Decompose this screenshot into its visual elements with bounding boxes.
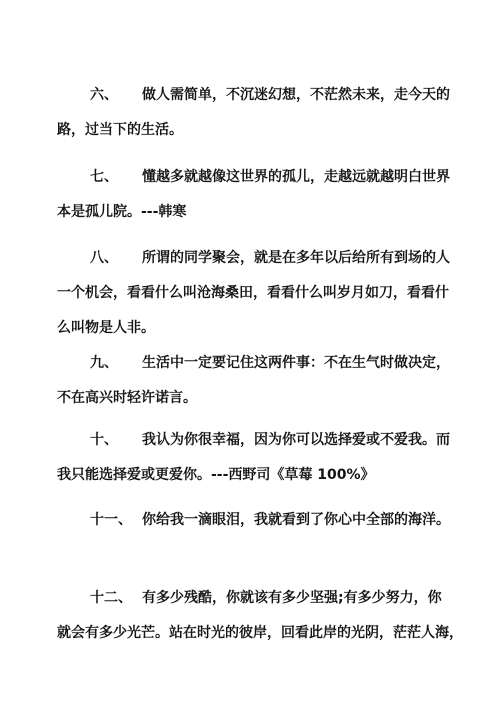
quote-line: 不在高兴时轻许诺言。 (57, 381, 446, 416)
quote-number: 八、 (90, 241, 142, 276)
quote-number: 十一、 (90, 503, 142, 538)
quote-text: 懂越多就越像这世界的孤儿，走越远就越明白世界 (142, 169, 450, 185)
quote-line: 我只能选择爱或更爱你。---西野司《草莓 100%》 (57, 458, 446, 493)
quote-number: 九、 (90, 346, 142, 381)
quote-line: 十二、有多少残酷，你就该有多少坚强;有多少努力，你 (57, 581, 446, 616)
quote-text: 做人需简单，不沉迷幻想，不茫然未来，走今天的 (142, 87, 450, 103)
quote-number: 六、 (90, 78, 142, 113)
quote-line: 九、生活中一定要记住这两件事：不在生气时做决定， (57, 346, 446, 381)
quote-number: 七、 (90, 160, 142, 195)
document-page: 六、做人需简单，不沉迷幻想，不茫然未来，走今天的路，过当下的生活。七、懂越多就越… (0, 0, 500, 707)
quote-item: 六、做人需简单，不沉迷幻想，不茫然未来，走今天的路，过当下的生活。 (57, 78, 446, 148)
quote-line: 一个机会，看看什么叫沧海桑田，看看什么叫岁月如刀，看看什 (57, 276, 446, 311)
quote-number: 十二、 (90, 581, 142, 616)
quote-item: 十一、你给我一滴眼泪，我就看到了你心中全部的海洋。 (57, 503, 446, 538)
quote-item: 十、我认为你很幸福，因为你可以选择爱或不爱我。而我只能选择爱或更爱你。---西野… (57, 423, 446, 493)
quote-item: 九、生活中一定要记住这两件事：不在生气时做决定，不在高兴时轻许诺言。 (57, 346, 446, 416)
quote-line: 七、懂越多就越像这世界的孤儿，走越远就越明白世界 (57, 160, 446, 195)
quote-line: 十一、你给我一滴眼泪，我就看到了你心中全部的海洋。 (57, 503, 446, 538)
quote-text: 我认为你很幸福，因为你可以选择爱或不爱我。而 (142, 432, 450, 448)
quote-item: 十二、有多少残酷，你就该有多少坚强;有多少努力，你就会有多少光芒。站在时光的彼岸… (57, 581, 446, 651)
quote-text: 生活中一定要记住这两件事：不在生气时做决定， (142, 355, 450, 371)
quote-line: 路，过当下的生活。 (57, 113, 446, 148)
quote-number: 十、 (90, 423, 142, 458)
quote-line: 就会有多少光芒。站在时光的彼岸，回看此岸的光阴，茫茫人海， (57, 616, 446, 651)
quote-item: 七、懂越多就越像这世界的孤儿，走越远就越明白世界本是孤儿院。---韩寒 (57, 160, 446, 230)
quote-text: 所谓的同学聚会，就是在多年以后给所有到场的人 (142, 250, 450, 266)
quote-text: 你给我一滴眼泪，我就看到了你心中全部的海洋。 (142, 512, 450, 528)
quote-line: 八、所谓的同学聚会，就是在多年以后给所有到场的人 (57, 241, 446, 276)
quote-list: 六、做人需简单，不沉迷幻想，不茫然未来，走今天的路，过当下的生活。七、懂越多就越… (57, 78, 446, 651)
quote-line: 十、我认为你很幸福，因为你可以选择爱或不爱我。而 (57, 423, 446, 458)
quote-line: 本是孤儿院。---韩寒 (57, 195, 446, 230)
quote-text: 有多少残酷，你就该有多少坚强;有多少努力，你 (142, 590, 442, 606)
quote-line: 么叫物是人非。 (57, 311, 446, 346)
quote-line: 六、做人需简单，不沉迷幻想，不茫然未来，走今天的 (57, 78, 446, 113)
quote-item: 八、所谓的同学聚会，就是在多年以后给所有到场的人一个机会，看看什么叫沧海桑田，看… (57, 241, 446, 346)
